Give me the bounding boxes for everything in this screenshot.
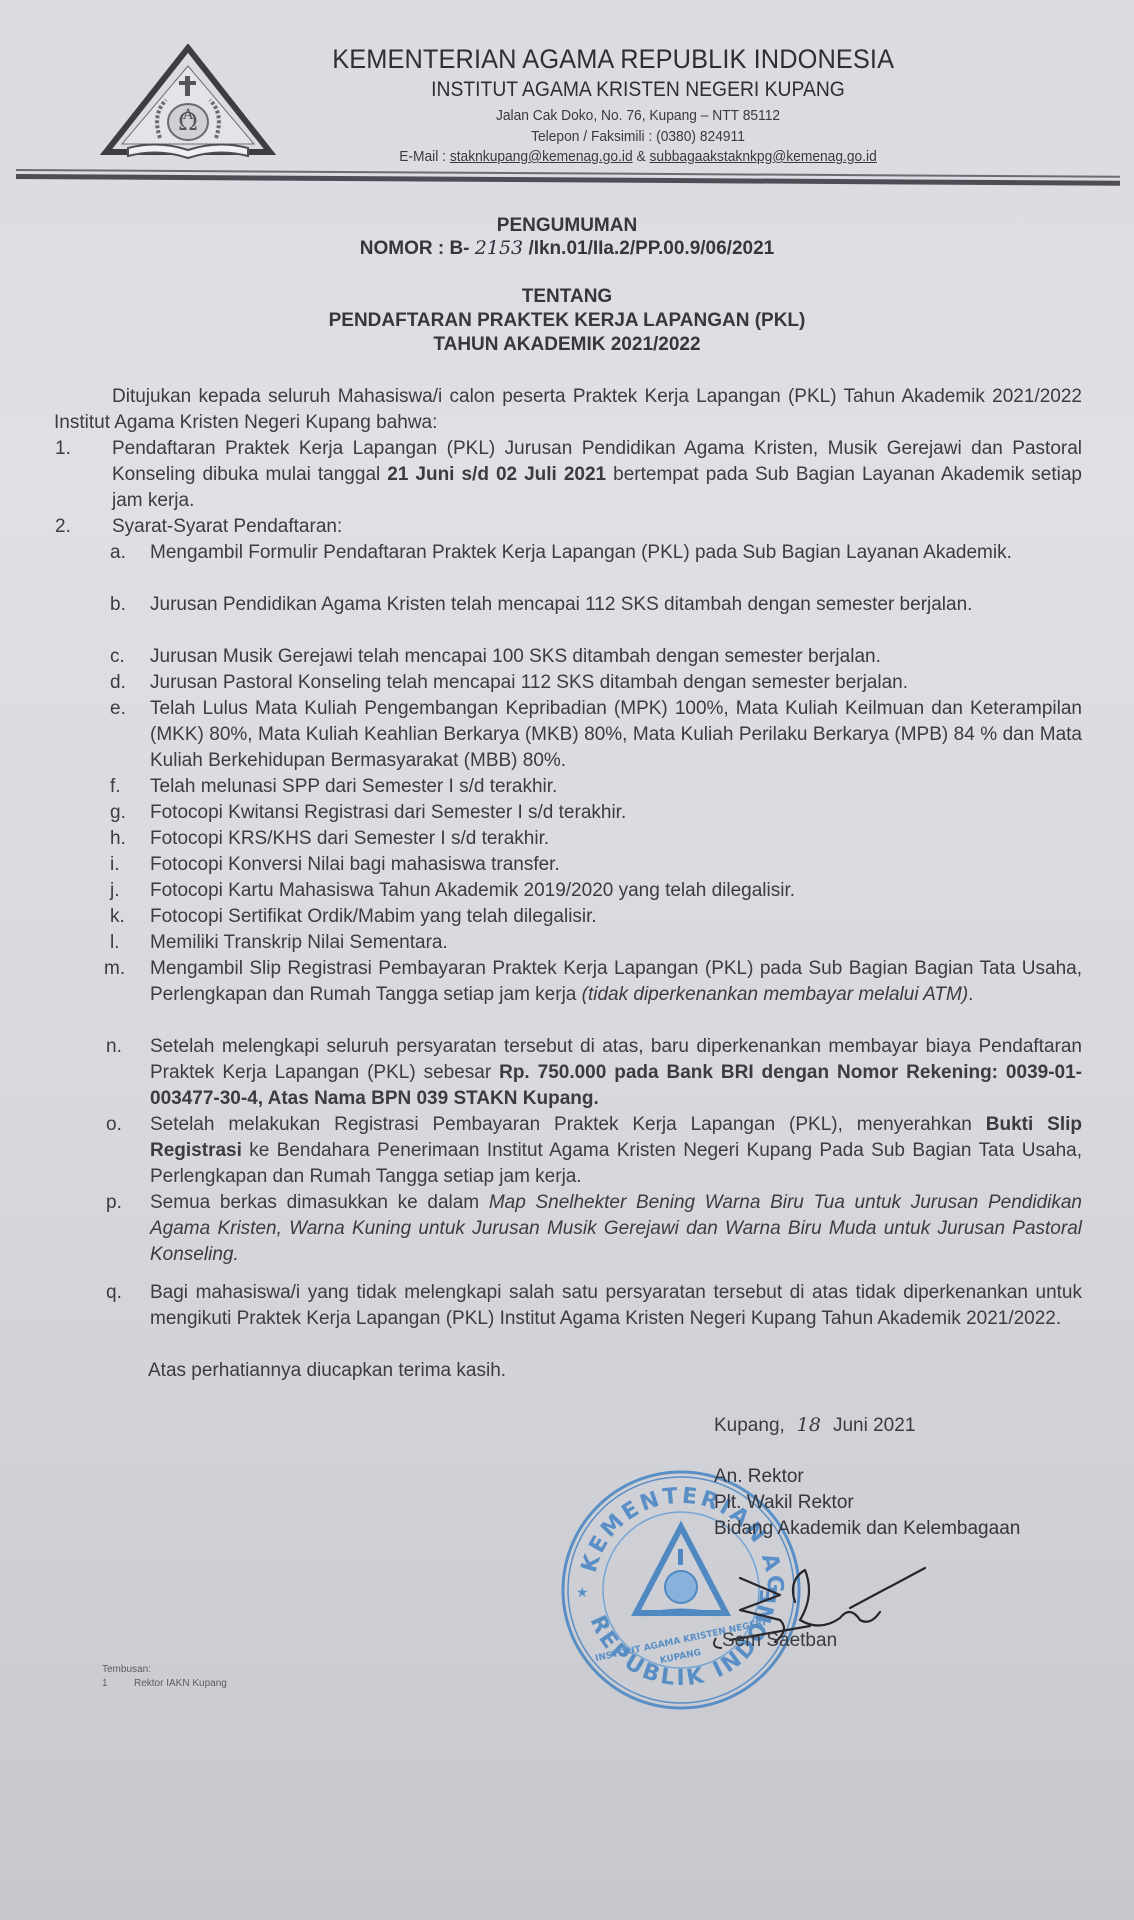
number-prefix: NOMOR : B- [360, 238, 470, 259]
number-suffix: /Ikn.01/IIa.2/PP.00.9/06/2021 [528, 238, 774, 259]
intro-text: Ditujukan kepada seluruh Mahasiswa/i cal… [54, 386, 1082, 433]
req-o: Setelah melakukan Registrasi Pembayaran … [150, 1112, 1082, 1190]
signature-title-3: Bidang Akademik dan Kelembagaan [714, 1518, 1020, 1540]
req-p-text: Semua berkas dimasukkan ke dalam [150, 1192, 489, 1213]
carbon-copy-item: 1Rektor IAKN Kupang [102, 1677, 227, 1691]
req-letter: a. [110, 540, 126, 566]
req-e: Telah Lulus Mata Kuliah Pengembangan Kep… [150, 696, 1082, 774]
email-link-2[interactable]: subbagaakstaknkpg@kemenag.go.id [650, 148, 877, 165]
req-f: Telah melunasi SPP dari Semester I s/d t… [150, 774, 1082, 800]
place: Kupang, [714, 1415, 785, 1436]
req-d: Jurusan Pastoral Konseling telah mencapa… [150, 670, 1082, 696]
document-number: NOMOR : B- 2153 /Ikn.01/IIa.2/PP.00.9/06… [0, 237, 1134, 260]
document-type: PENGUMUMAN [0, 215, 1134, 237]
req-letter: k. [110, 904, 125, 930]
email-label: E-Mail : [399, 148, 450, 165]
institution-logo-icon: Ω A [100, 44, 276, 162]
req-c: Jurusan Musik Gerejawi telah mencapai 10… [150, 644, 1082, 670]
req-j: Fotocopi Kartu Mahasiswa Tahun Akademik … [150, 878, 1082, 904]
req-letter: m. [104, 956, 125, 982]
carbon-copy-recipient: Rektor IAKN Kupang [134, 1678, 227, 1689]
number-handwritten: 2153 [475, 237, 523, 259]
req-b: Jurusan Pendidikan Agama Kristen telah m… [150, 592, 1082, 618]
svg-text:A: A [182, 107, 194, 123]
req-letter: q. [106, 1280, 122, 1306]
req-letter: i. [110, 852, 120, 878]
svg-text:KUPANG: KUPANG [659, 1648, 702, 1666]
email-separator: & [633, 148, 650, 165]
signature-title-1: An. Rektor [714, 1466, 804, 1488]
day-handwritten: 18 [797, 1414, 821, 1436]
req-a: Mengambil Formulir Pendaftaran Praktek K… [150, 540, 1082, 566]
institution-phone: Telepon / Faksimili : (0380) 824911 [327, 128, 949, 145]
req-letter: d. [110, 670, 126, 696]
req-m-note: (tidak diperkenankan membayar melalui AT… [582, 984, 969, 1005]
point-1-dates: 21 Juni s/d 02 Juli 2021 [387, 464, 606, 485]
req-h: Fotocopi KRS/KHS dari Semester I s/d ter… [150, 826, 1082, 852]
closing-text: Atas perhatiannya diucapkan terima kasih… [148, 1358, 506, 1384]
point-number: 1. [55, 436, 71, 462]
intro-paragraph: Ditujukan kepada seluruh Mahasiswa/i cal… [54, 384, 1082, 436]
institution-email: E-Mail : staknkupang@kemenag.go.id & sub… [327, 148, 949, 165]
svg-text:★: ★ [576, 1584, 589, 1600]
req-letter: c. [110, 644, 125, 670]
carbon-copy: Tembusan: 1Rektor IAKN Kupang [102, 1663, 227, 1691]
month-year: Juni 2021 [833, 1415, 915, 1436]
req-letter: f. [110, 774, 121, 800]
place-date: Kupang,18Juni 2021 [714, 1414, 915, 1437]
signatory-name: Sem Saetban [722, 1630, 837, 1652]
req-o-text-b: ke Bendahara Penerimaan Institut Agama K… [150, 1140, 1082, 1187]
req-p: Semua berkas dimasukkan ke dalam Map Sne… [150, 1190, 1082, 1268]
institution-name: INSTITUT AGAMA KRISTEN NEGERI KUPANG [327, 78, 949, 102]
req-letter: n. [106, 1034, 122, 1060]
req-q: Bagi mahasiswa/i yang tidak melengkapi s… [150, 1280, 1082, 1332]
req-letter: o. [106, 1112, 122, 1138]
institution-address: Jalan Cak Doko, No. 76, Kupang – NTT 851… [327, 107, 949, 124]
req-l: Memiliki Transkrip Nilai Sementara. [150, 930, 1082, 956]
point-number: 2. [55, 514, 71, 540]
req-n: Setelah melengkapi seluruh persyaratan t… [150, 1034, 1082, 1112]
academic-year: TAHUN AKADEMIK 2021/2022 [0, 334, 1134, 356]
point-2-text: Syarat-Syarat Pendaftaran: [112, 514, 1082, 540]
ministry-name: KEMENTERIAN AGAMA REPUBLIK INDONESIA [310, 44, 916, 75]
req-letter: b. [110, 592, 126, 618]
req-m: Mengambil Slip Registrasi Pembayaran Pra… [150, 956, 1082, 1008]
carbon-copy-num: 1 [102, 1677, 134, 1691]
req-letter: h. [110, 826, 126, 852]
req-letter: l. [110, 930, 120, 956]
point-1-text: Pendaftaran Praktek Kerja Lapangan (PKL)… [112, 436, 1082, 514]
req-g: Fotocopi Kwitansi Registrasi dari Semest… [150, 800, 1082, 826]
req-i: Fotocopi Konversi Nilai bagi mahasiswa t… [150, 852, 1082, 878]
req-letter: j. [110, 878, 120, 904]
req-letter: g. [110, 800, 126, 826]
email-link-1[interactable]: staknkupang@kemenag.go.id [450, 148, 633, 165]
carbon-copy-label: Tembusan: [102, 1663, 227, 1677]
announcement-subject: PENDAFTARAN PRAKTEK KERJA LAPANGAN (PKL) [0, 310, 1134, 332]
req-letter: e. [110, 696, 126, 722]
req-letter: p. [106, 1190, 122, 1216]
req-k: Fotocopi Sertifikat Ordik/Mabim yang tel… [150, 904, 1082, 930]
req-m-end: . [968, 984, 973, 1005]
signature-title-2: Plt. Wakil Rektor [714, 1492, 854, 1514]
tentang-label: TENTANG [0, 286, 1134, 308]
req-o-text-a: Setelah melakukan Registrasi Pembayaran … [150, 1114, 986, 1135]
